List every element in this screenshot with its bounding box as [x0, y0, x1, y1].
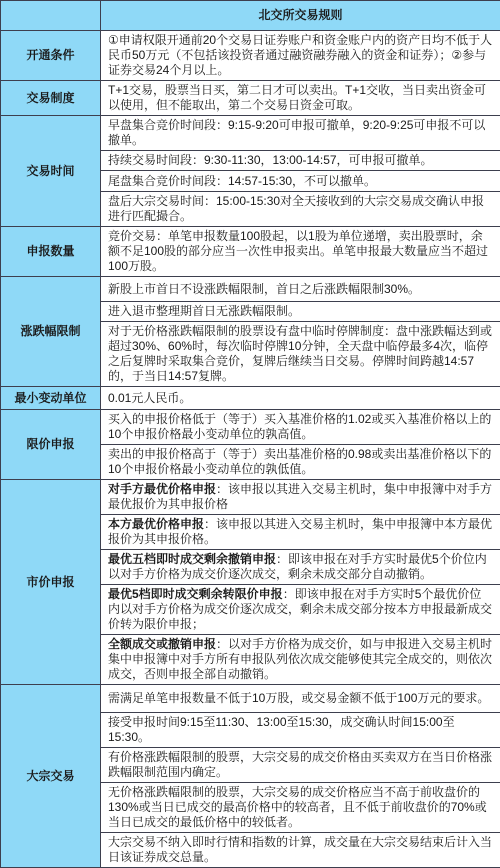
rule-cell: 最优五档即时成交剩余撤销申报：即该申报在对手方实时最优5个价位内以对手方价格为成… [101, 550, 500, 585]
section-label-market-order: 市价申报 [1, 480, 101, 685]
rule-cell: 进入退市整理期首日无涨跌幅限制。 [101, 302, 500, 322]
rule-cell: 卖出的申报价格高于（等于）卖出基准价格的0.98或卖出基准价格以下的10个申报价… [101, 445, 500, 480]
table-row: 限价申报 买入的申报价格低于（等于）买入基准价格的1.02或买入基准价格以上的1… [1, 410, 500, 445]
header-blank-cell [1, 1, 101, 31]
section-label-order-quantity: 申报数量 [1, 227, 101, 277]
table-row: 涨跌幅限制 新股上市首日不设涨跌幅限制，首日之后涨跌幅限制30%。 [1, 277, 500, 302]
rule-cell: 早盘集合竞价时间段：9:15-9:20可申报可撤单，9:20-9:25可申报不可… [101, 116, 500, 151]
table-row: 开通条件 ①申请权限开通前20个交易日证券账户和资金账户内的资产日均不低于人民币… [1, 31, 500, 81]
rule-cell: 需满足单笔申报数量不低于10万股，或交易金额不低于100万元的要求。 [101, 685, 500, 713]
table-row: 大宗交易 需满足单笔申报数量不低于10万股，或交易金额不低于100万元的要求。 [1, 685, 500, 713]
section-label-tick-size: 最小变动单位 [1, 387, 101, 410]
rule-cell: 大宗交易不纳入即时行情和指数的计算，成交量在大宗交易结束后计入当日该证券成交总量… [101, 833, 500, 868]
rule-cell: 最优5档即时成交剩余转限价申报：即该申报在对手方实时5个最优价位内以对手方价格为… [101, 585, 500, 635]
table-row: 交易时间 早盘集合竞价时间段：9:15-9:20可申报可撤单，9:20-9:25… [1, 116, 500, 151]
trading-rules-table: 北交所交易规则 开通条件 ①申请权限开通前20个交易日证券账户和资金账户内的资产… [0, 0, 500, 868]
rule-cell: T+1交易，股票当日买，第二日才可以卖出。T+1交收，当日卖出资金可以使用，但不… [101, 81, 500, 116]
rule-cell: 尾盘集合竞价时间段：14:57-15:30，不可以撤单。 [101, 171, 500, 192]
section-label-trading-hours: 交易时间 [1, 116, 101, 227]
rule-cell: 本方最优价格申报：该申报以其进入交易主机时，集中申报簿中本方最优报价为其申报价格… [101, 515, 500, 550]
rule-cell: 0.01元人民币。 [101, 387, 500, 410]
rule-cell: 持续交易时间段：9:30-11:30，13:00-14:57，可申报可撤单。 [101, 151, 500, 171]
rule-cell: 无价格涨跌幅限制的股票，大宗交易的成交价格应当不高于前收盘价的130%或当日已成… [101, 783, 500, 833]
rule-cell: 有价格涨跌幅限制的股票，大宗交易的成交价格由买卖双方在当日价格涨跌幅限制范围内确… [101, 748, 500, 783]
order-type-term: 全额成交或撤销申报 [108, 637, 216, 651]
page-title: 北交所交易规则 [101, 1, 500, 31]
table-header-row: 北交所交易规则 [1, 1, 500, 31]
rule-cell: 全额成交或撤销申报：以对手方价格为成交价，如与申报进入交易主机时集中申报簿中对手… [101, 635, 500, 685]
section-label-opening-conditions: 开通条件 [1, 31, 101, 81]
order-type-term: 最优5档即时成交剩余转限价申报 [108, 587, 283, 601]
table-row: 市价申报 对手方最优价格申报：该申报以其进入交易主机时，集中申报簿中对手方最优报… [1, 480, 500, 515]
rule-cell: ①申请权限开通前20个交易日证券账户和资金账户内的资产日均不低于人民币50万元（… [101, 31, 500, 81]
rule-cell: 新股上市首日不设涨跌幅限制，首日之后涨跌幅限制30%。 [101, 277, 500, 302]
order-type-term: 最优五档即时成交剩余撤销申报 [108, 552, 276, 566]
rule-cell: 接受申报时间9:15至11:30、13:00至15:30，成交确认时间15:00… [101, 713, 500, 748]
rule-cell: 买入的申报价格低于（等于）买入基准价格的1.02或买入基准价格以上的10个申报价… [101, 410, 500, 445]
table-row: 交易制度 T+1交易，股票当日买，第二日才可以卖出。T+1交收，当日卖出资金可以… [1, 81, 500, 116]
section-label-trading-system: 交易制度 [1, 81, 101, 116]
order-type-term: 对手方最优价格申报 [108, 482, 216, 496]
table-row: 最小变动单位 0.01元人民币。 [1, 387, 500, 410]
table-row: 申报数量 竞价交易：单笔申报数量100股起，以1股为单位递增，卖出股票时，余额不… [1, 227, 500, 277]
rule-cell: 竞价交易：单笔申报数量100股起，以1股为单位递增，卖出股票时，余额不足100股… [101, 227, 500, 277]
rule-cell: 对手方最优价格申报：该申报以其进入交易主机时，集中申报簿中对手方最优报价为其申报… [101, 480, 500, 515]
rule-cell: 对于无价格涨跌幅限制的股票设有盘中临时停牌制度：盘中涨跌幅达到或超过30%、60… [101, 322, 500, 387]
section-label-price-limit: 涨跌幅限制 [1, 277, 101, 387]
order-type-term: 本方最优价格申报 [108, 517, 204, 531]
section-label-limit-order: 限价申报 [1, 410, 101, 480]
rule-cell: 盘后大宗交易时间：15:00-15:30对全天接收到的大宗交易成交确认申报进行匹… [101, 192, 500, 227]
